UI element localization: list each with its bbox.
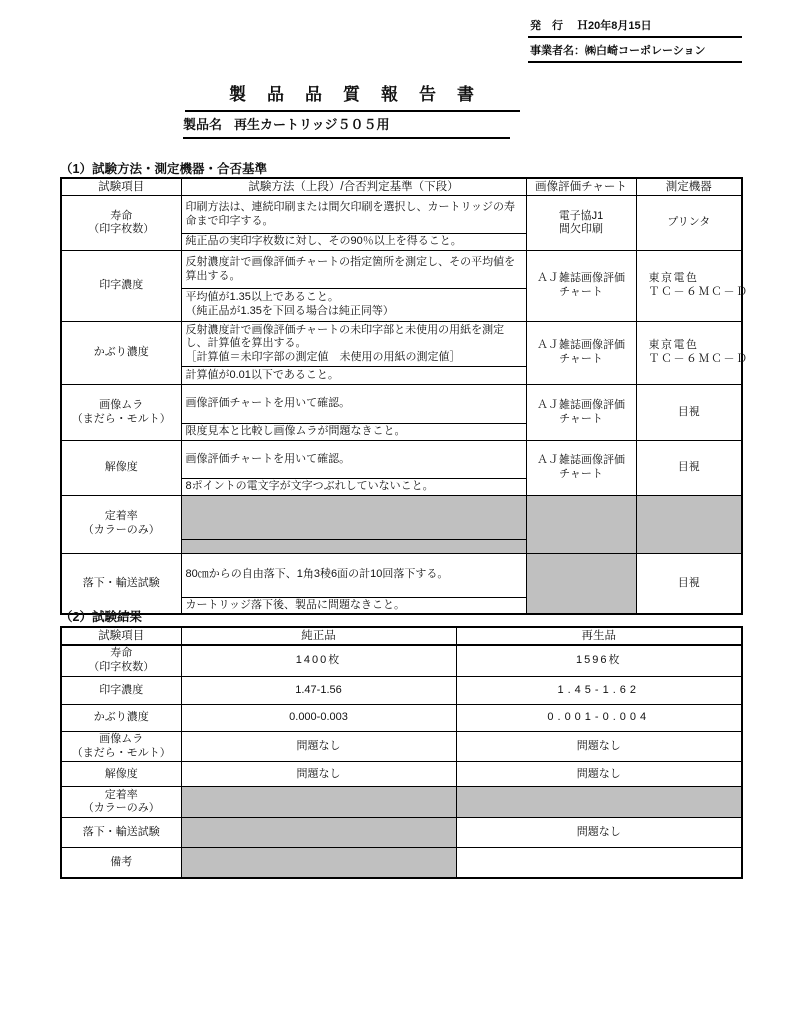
chart-cell: ＡＪ雑誌画像評価 チャート [526, 385, 636, 441]
issue-date: Ｈ20年8月15日 [577, 20, 652, 32]
recycled-value-cell: 0.001-0.004 [456, 704, 742, 731]
method-cell [181, 495, 526, 539]
test-item-cell: 画像ムラ （まだら・モルト） [61, 731, 181, 762]
recycled-value-cell: 1.45-1.62 [456, 676, 742, 704]
instrument-cell: 目視 [636, 440, 742, 495]
test-item-cell: かぶり濃度 [61, 704, 181, 731]
test-item-cell: 解像度 [61, 762, 181, 787]
genuine-value-cell: 問題なし [181, 731, 456, 762]
col-header-test-item: 試験項目 [61, 627, 181, 645]
col-header-instrument: 測定機器 [636, 178, 742, 196]
instrument-cell: プリンタ [636, 196, 742, 251]
test-item-cell: 印字濃度 [61, 251, 181, 322]
instrument-cell: 東京電色 ＴＣ－６ＭＣ－Ｄ [636, 251, 742, 322]
genuine-value-cell [181, 848, 456, 878]
genuine-value-cell [181, 787, 456, 818]
section2-heading: （2）試験結果 [60, 607, 144, 627]
test-item-cell: 寿命 （印字枚数） [61, 196, 181, 251]
product-name: 再生カートリッジ５０５用 [234, 117, 389, 132]
issue-label: 発 行 [530, 20, 563, 32]
company-line: 事業者名：㈱白崎コーポレーション [528, 41, 742, 63]
chart-cell [526, 553, 636, 614]
report-page: 発 行Ｈ20年8月15日 事業者名：㈱白崎コーポレーション 製 品 品 質 報 … [0, 0, 791, 1024]
recycled-value-cell [456, 848, 742, 878]
recycled-value-cell: 問題なし [456, 731, 742, 762]
criteria-cell: 8ポイントの電文字が文字つぶれしていないこと。 [181, 478, 526, 495]
criteria-cell: 平均値が1.35以上であること。 （純正品が1.35を下回る場合は純正同等） [181, 289, 526, 322]
chart-cell: ＡＪ雑誌画像評価 チャート [526, 322, 636, 385]
col-header-recycled: 再生品 [456, 627, 742, 645]
instrument-cell: 東京電色 ＴＣ－６ＭＣ－Ｄ [636, 322, 742, 385]
col-header-chart: 画像評価チャート [526, 178, 636, 196]
instrument-cell: 目視 [636, 553, 742, 614]
instrument-cell: 目視 [636, 385, 742, 441]
method-cell: 反射濃度計で画像評価チャートの未印字部と未使用の用紙を測定し、計算値を算出する。… [181, 322, 526, 367]
col-header-test-item: 試験項目 [61, 178, 181, 196]
chart-cell: ＡＪ雑誌画像評価 チャート [526, 440, 636, 495]
issue-date-line: 発 行Ｈ20年8月15日 [528, 16, 742, 38]
chart-cell: 電子協J1 間欠印刷 [526, 196, 636, 251]
product-name-line: 製品名再生カートリッジ５０５用 [183, 114, 510, 139]
genuine-value-cell: 0.000-0.003 [181, 704, 456, 731]
criteria-cell: 計算値が0.01以下であること。 [181, 367, 526, 385]
test-item-cell: 解像度 [61, 440, 181, 495]
instrument-cell [636, 495, 742, 553]
test-result-table: 試験項目 純正品 再生品 寿命 （印字枚数） 1400枚 1596枚 印字濃度 … [60, 626, 743, 879]
criteria-cell: 限度見本と比較し画像ムラが問題なきこと。 [181, 424, 526, 441]
recycled-value-cell: 1596枚 [456, 645, 742, 676]
test-item-cell: 定着率 （カラーのみ） [61, 787, 181, 818]
test-item-cell: 落下・輸送試験 [61, 553, 181, 614]
report-title-underline: 製 品 品 質 報 告 書 [185, 80, 520, 112]
recycled-value-cell: 問題なし [456, 818, 742, 848]
recycled-value-cell: 問題なし [456, 762, 742, 787]
col-header-method: 試験方法（上段）/合否判定基準（下段） [181, 178, 526, 196]
issue-block: 発 行Ｈ20年8月15日 事業者名：㈱白崎コーポレーション [528, 16, 742, 66]
criteria-cell: 純正品の実印字枚数に対し、その90％以上を得ること。 [181, 234, 526, 251]
product-label: 製品名 [183, 117, 222, 132]
section1-heading: （1）試験方法・測定機器・合否基準 [60, 159, 269, 179]
test-item-cell: 画像ムラ （まだら・モルト） [61, 385, 181, 441]
test-item-cell: 定着率 （カラーのみ） [61, 495, 181, 553]
remarks-label-cell: 備考 [61, 848, 181, 878]
genuine-value-cell: 1400枚 [181, 645, 456, 676]
test-method-table: 試験項目 試験方法（上段）/合否判定基準（下段） 画像評価チャート 測定機器 寿… [60, 177, 743, 615]
test-item-cell: 寿命 （印字枚数） [61, 645, 181, 676]
criteria-cell: カートリッジ落下後、製品に問題なきこと。 [181, 597, 526, 614]
chart-cell [526, 495, 636, 553]
test-item-cell: かぶり濃度 [61, 322, 181, 385]
genuine-value-cell [181, 818, 456, 848]
method-cell: 画像評価チャートを用いて確認。 [181, 385, 526, 424]
method-cell: 反射濃度計で画像評価チャートの指定箇所を測定し、その平均値を算出する。 [181, 251, 526, 289]
genuine-value-cell: 1.47-1.56 [181, 676, 456, 704]
test-item-cell: 落下・輸送試験 [61, 818, 181, 848]
criteria-cell [181, 539, 526, 553]
recycled-value-cell [456, 787, 742, 818]
method-cell: 印刷方法は、連続印刷または間欠印刷を選択し、カートリッジの寿命まで印字する。 [181, 196, 526, 234]
report-title: 製 品 品 質 報 告 書 [229, 85, 476, 104]
test-item-cell: 印字濃度 [61, 676, 181, 704]
method-cell: 80㎝からの自由落下、1角3稜6面の計10回落下する。 [181, 553, 526, 597]
col-header-genuine: 純正品 [181, 627, 456, 645]
method-cell: 画像評価チャートを用いて確認。 [181, 440, 526, 478]
genuine-value-cell: 問題なし [181, 762, 456, 787]
chart-cell: ＡＪ雑誌画像評価 チャート [526, 251, 636, 322]
company-name: 事業者名：㈱白崎コーポレーション [530, 45, 706, 57]
